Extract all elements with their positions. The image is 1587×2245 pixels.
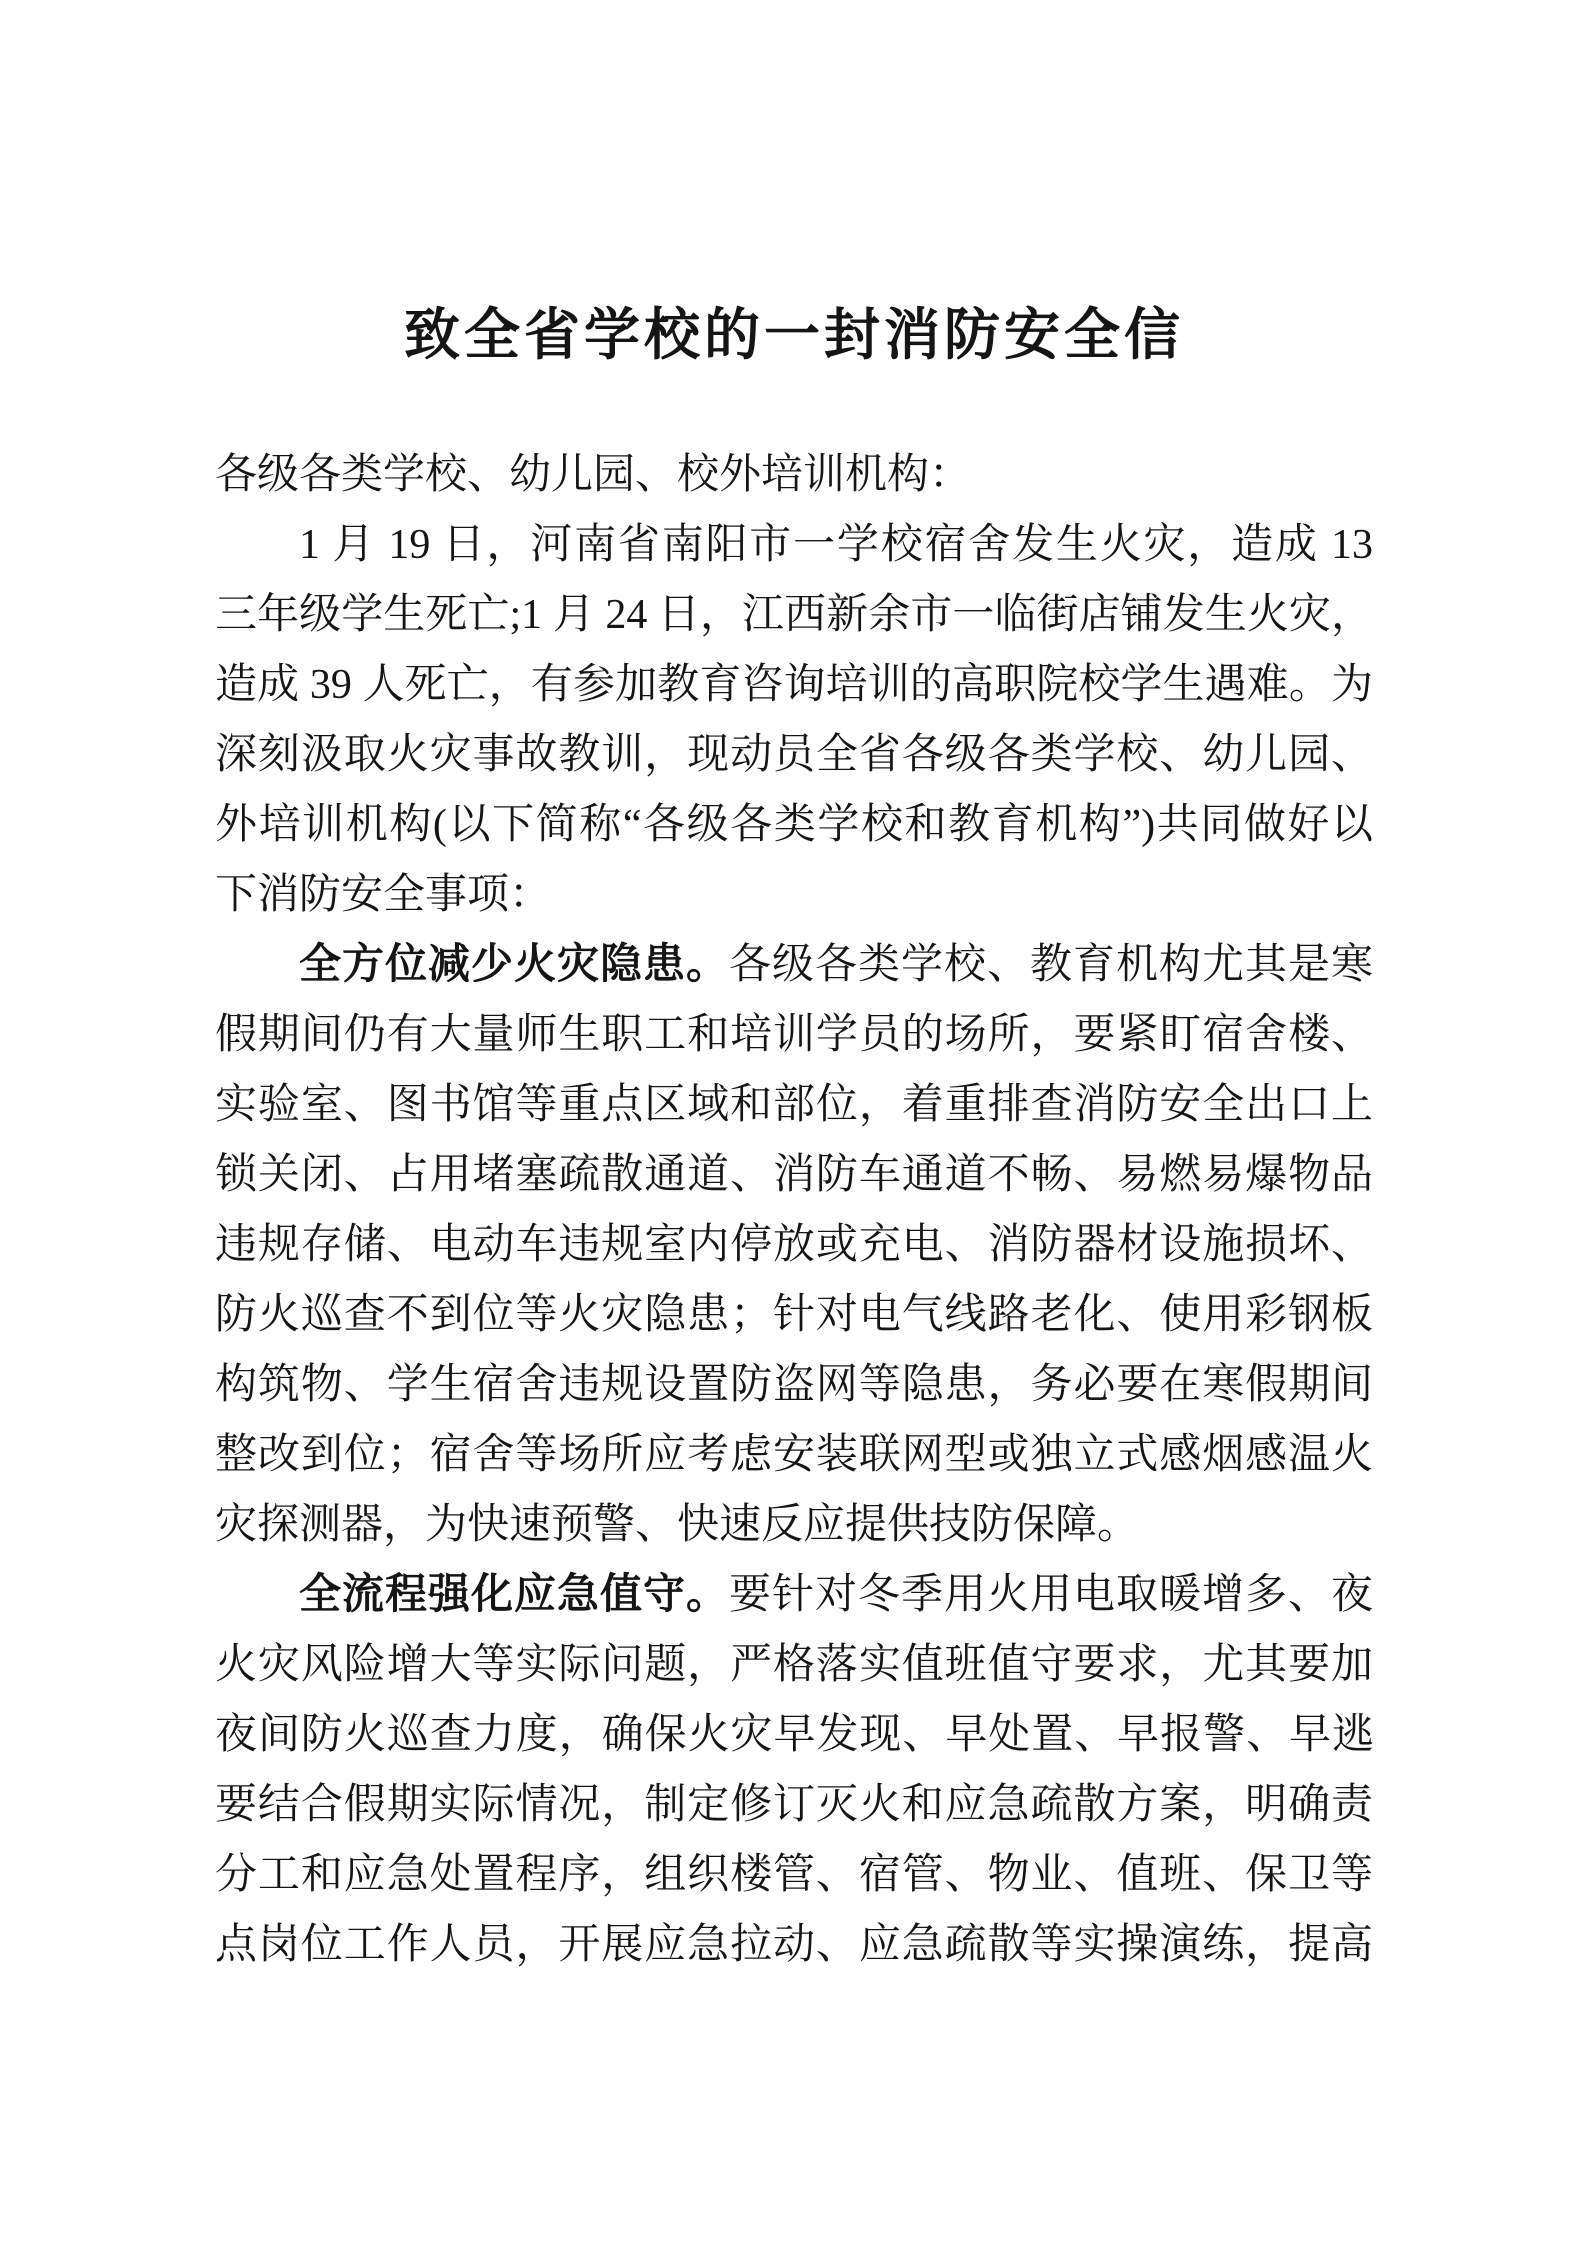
text-line: 假期间仍有大量师生职工和培训学员的场所，要紧盯宿舍楼、: [215, 1000, 1373, 1070]
body-text: 构筑物、学生宿舍违规设置防盗网等隐患，务必要在寒假期间: [215, 1362, 1373, 1408]
text-line: 防火巡查不到位等火灾隐患；针对电气线路老化、使用彩钢板: [215, 1280, 1373, 1350]
body-text: 深刻汲取火灾事故教训，现动员全省各级各类学校、幼儿园、校: [215, 732, 1373, 790]
body-text: 要结合假期实际情况，制定修订灭火和应急疏散方案，明确责任: [215, 1782, 1373, 1840]
text-line: 分工和应急处置程序，组织楼管、宿管、物业、值班、保卫等重: [215, 1840, 1373, 1910]
text-line: 锁关闭、占用堵塞疏散通道、消防车通道不畅、易燃易爆物品: [215, 1140, 1373, 1210]
document-title: 致全省学校的一封消防安全信: [215, 300, 1373, 370]
text-line: 灾探测器，为快速预警、快速反应提供技防保障。: [215, 1490, 1373, 1560]
text-line: 全流程强化应急值守。要针对冬季用火用电取暖增多、夜间: [215, 1560, 1373, 1630]
body-text: 各级各类学校、幼儿园、校外培训机构：: [215, 452, 971, 498]
text-line: 各级各类学校、幼儿园、校外培训机构：: [215, 440, 1373, 510]
text-line: 夜间防火巡查力度，确保火灾早发现、早处置、早报警、早逃生；: [215, 1700, 1373, 1770]
document-page: 致全省学校的一封消防安全信 各级各类学校、幼儿园、校外培训机构：1 月 19 日…: [0, 0, 1587, 2245]
bold-lead-text: 全方位减少火灾隐患。: [299, 942, 729, 988]
body-text: 整改到位；宿舍等场所应考虑安装联网型或独立式感烟感温火: [215, 1432, 1373, 1478]
body-text: 三年级学生死亡;1 月 24 日，江西新余市一临街店铺发生火灾，: [215, 592, 1373, 638]
body-text: 违规存储、电动车违规室内停放或充电、消防器材设施损坏、: [215, 1222, 1373, 1268]
body-text: 火灾风险增大等实际问题，严格落实值班值守要求，尤其要加大: [215, 1642, 1373, 1700]
body-text: 分工和应急处置程序，组织楼管、宿管、物业、值班、保卫等重: [215, 1852, 1373, 1910]
body-text: 防火巡查不到位等火灾隐患；针对电气线路老化、使用彩钢板: [215, 1292, 1373, 1338]
body-text: 外培训机构(以下简称“各级各类学校和教育机构”)共同做好以: [215, 802, 1373, 848]
text-line: 三年级学生死亡;1 月 24 日，江西新余市一临街店铺发生火灾，: [215, 580, 1373, 650]
text-line: 全方位减少火灾隐患。各级各类学校、教育机构尤其是寒: [215, 930, 1373, 1000]
body-text: 实验室、图书馆等重点区域和部位，着重排查消防安全出口上: [215, 1082, 1373, 1128]
text-line: 1 月 19 日，河南省南阳市一学校宿舍发生火灾，造成 13 名: [215, 510, 1373, 580]
text-line: 构筑物、学生宿舍违规设置防盗网等隐患，务必要在寒假期间: [215, 1350, 1373, 1420]
text-line: 外培训机构(以下简称“各级各类学校和教育机构”)共同做好以: [215, 790, 1373, 860]
body-text: 夜间防火巡查力度，确保火灾早发现、早处置、早报警、早逃生；: [215, 1712, 1373, 1770]
text-line: 违规存储、电动车违规室内停放或充电、消防器材设施损坏、: [215, 1210, 1373, 1280]
document-body: 各级各类学校、幼儿园、校外培训机构：1 月 19 日，河南省南阳市一学校宿舍发生…: [215, 440, 1373, 1980]
text-line: 要结合假期实际情况，制定修订灭火和应急疏散方案，明确责任: [215, 1770, 1373, 1840]
text-line: 下消防安全事项：: [215, 860, 1373, 930]
body-text: 下消防安全事项：: [215, 872, 551, 918]
body-text: 造成 39 人死亡，有参加教育咨询培训的高职院校学生遇难。为: [215, 662, 1373, 708]
body-text: 1 月 19 日，河南省南阳市一学校宿舍发生火灾，造成 13 名: [299, 522, 1373, 580]
text-line: 实验室、图书馆等重点区域和部位，着重排查消防安全出口上: [215, 1070, 1373, 1140]
body-text: 灾探测器，为快速预警、快速反应提供技防保障。: [215, 1502, 1139, 1548]
text-line: 深刻汲取火灾事故教训，现动员全省各级各类学校、幼儿园、校: [215, 720, 1373, 790]
body-text: 假期间仍有大量师生职工和培训学员的场所，要紧盯宿舍楼、: [215, 1012, 1373, 1058]
body-text: 各级各类学校、教育机构尤其是寒: [729, 942, 1373, 988]
body-text: 锁关闭、占用堵塞疏散通道、消防车通道不畅、易燃易爆物品: [215, 1152, 1373, 1198]
text-line: 火灾风险增大等实际问题，严格落实值班值守要求，尤其要加大: [215, 1630, 1373, 1700]
bold-lead-text: 全流程强化应急值守。: [299, 1572, 729, 1618]
text-line: 整改到位；宿舍等场所应考虑安装联网型或独立式感烟感温火: [215, 1420, 1373, 1490]
text-line: 点岗位工作人员，开展应急拉动、应急疏散等实操演练，提高应: [215, 1910, 1373, 1980]
body-text: 点岗位工作人员，开展应急拉动、应急疏散等实操演练，提高应: [215, 1922, 1373, 1980]
text-line: 造成 39 人死亡，有参加教育咨询培训的高职院校学生遇难。为: [215, 650, 1373, 720]
